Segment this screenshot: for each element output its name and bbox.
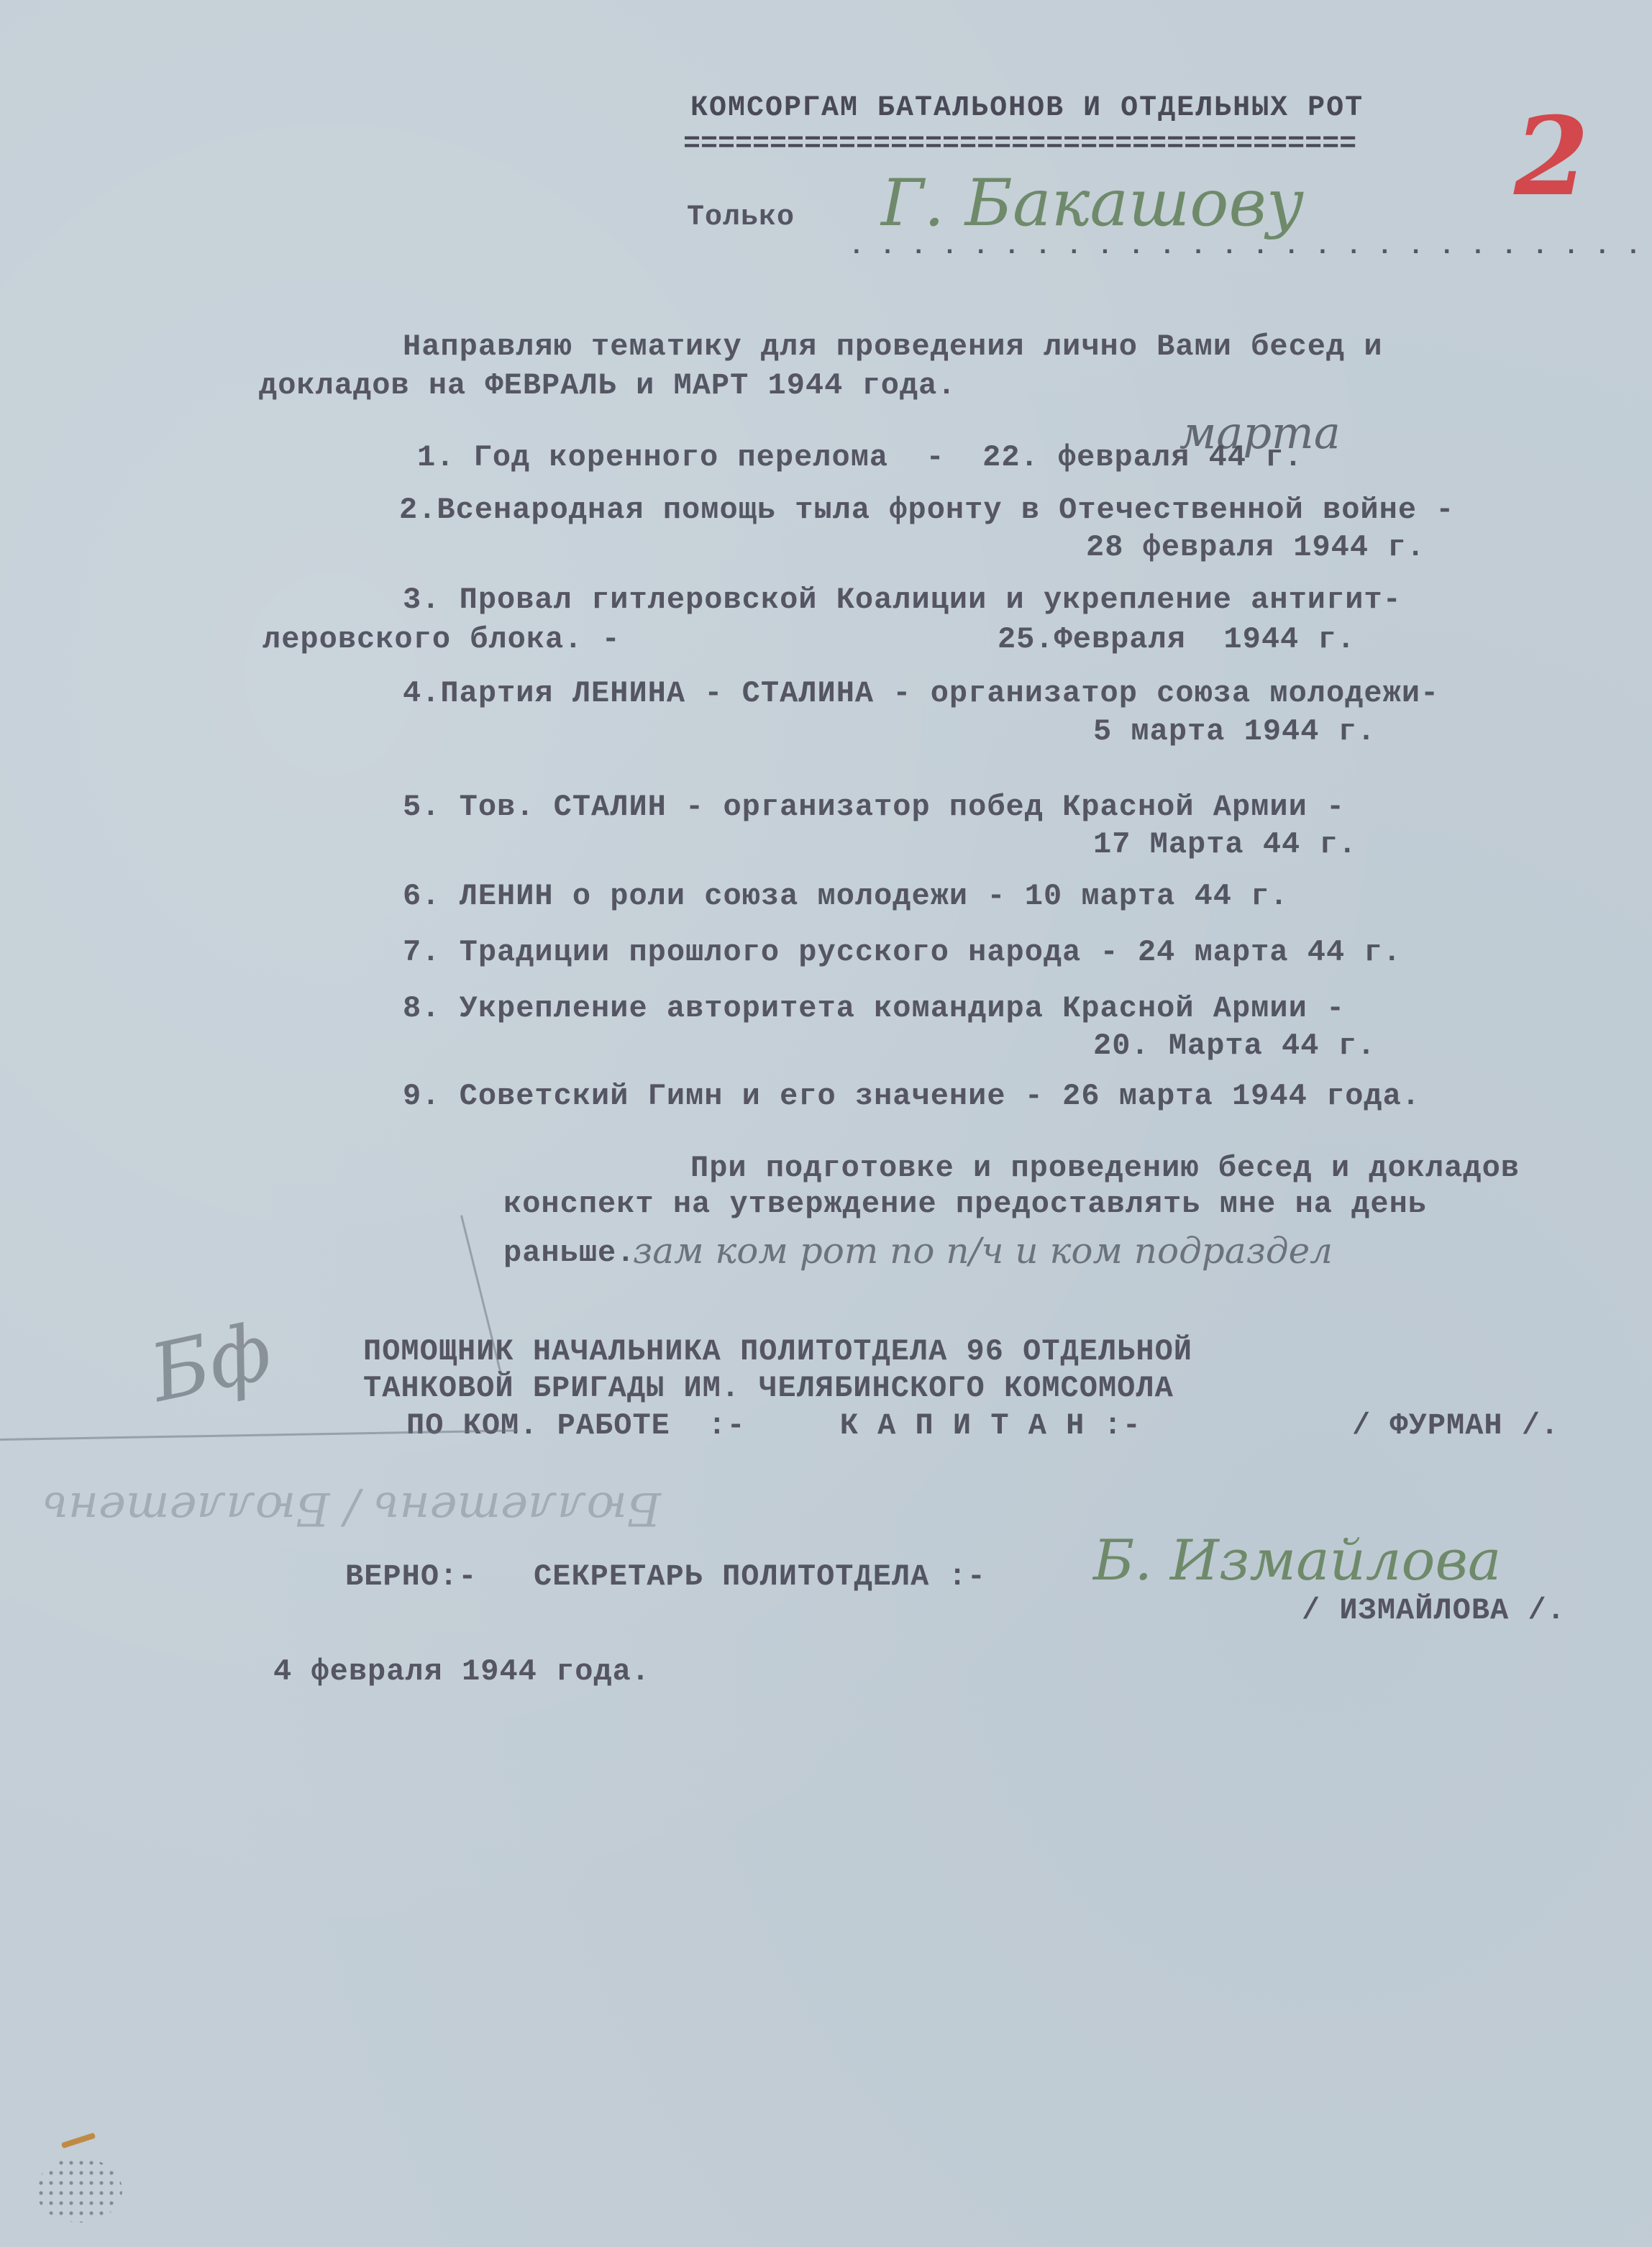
document-date: 4 февраля 1944 года.: [273, 1654, 650, 1689]
signature-line-3: ПО КОМ. РАБОТЕ :- К А П И Т А Н :-: [406, 1408, 1141, 1443]
signature-name: / ФУРМАН /.: [1352, 1408, 1559, 1443]
topic-6: 6. ЛЕНИН о роли союза молодежи - 10 март…: [403, 879, 1289, 913]
addressee-dotted-line: . . . . . . . . . . . . . . . . . . . . …: [849, 232, 1652, 261]
topic-3: 3. Провал гитлеровской Коалиции и укрепл…: [403, 583, 1402, 617]
closing-line-1: При подготовке и проведению бесед и докл…: [690, 1151, 1520, 1185]
closing-handwritten-note: зам ком рот по п/ч и ком подраздел: [633, 1230, 1333, 1272]
signature-line-1: ПОМОЩНИК НАЧАЛЬНИКА ПОЛИТОТДЕЛА 96 ОТДЕЛ…: [363, 1334, 1192, 1369]
signature-line-2: ТАНКОВОЙ БРИГАДЫ ИМ. ЧЕЛЯБИНСКОГО КОМСОМ…: [363, 1371, 1174, 1405]
document-heading: КОМСОРГАМ БАТАЛЬОНОВ И ОТДЕЛЬНЫХ РОТ: [690, 92, 1364, 124]
certification-name: / ИЗМАЙЛОВА /.: [1302, 1593, 1566, 1628]
topic-9: 9. Советский Гимн и его значение - 26 ма…: [403, 1079, 1420, 1113]
topic-5-date: 17 Марта 44 г.: [1093, 827, 1357, 862]
ink-blemish: [36, 2158, 122, 2223]
topic-8: 8. Укрепление авторитета командира Красн…: [403, 991, 1345, 1026]
topic-4: 4.Партия ЛЕНИНА - СТАЛИНА - организатор …: [403, 676, 1439, 711]
topic-1: 1. Год коренного перелома - 22. февраля …: [417, 440, 1303, 475]
topic-1-correction: марта: [1179, 406, 1341, 459]
closing-line-3: раньше.: [503, 1236, 635, 1270]
topic-4-date: 5 марта 1944 г.: [1093, 714, 1376, 749]
certification-handwritten-signature: Б. Измайлова: [1093, 1528, 1501, 1593]
fiber-mark: [61, 2133, 96, 2148]
topic-2: 2.Всенародная помощь тыла фронту в Отече…: [399, 493, 1454, 527]
topic-7: 7. Традиции прошлого русского народа - 2…: [403, 935, 1402, 970]
page-number: 2: [1514, 94, 1589, 220]
intro-line-2: докладов на ФЕВРАЛЬ и МАРТ 1944 года.: [259, 368, 957, 403]
intro-line-1: Направляю тематику для проведения лично …: [403, 329, 1383, 364]
addressee-label: Только: [687, 201, 795, 234]
topic-3-cont: леровского блока. - 25.Февраля 1944 г.: [263, 622, 1356, 657]
certification-label: ВЕРНО:- СЕКРЕТАРЬ ПОЛИТОТДЕЛА :-: [345, 1559, 986, 1594]
addressee-handwritten: Г. Бакашову: [881, 165, 1304, 241]
closing-line-2: конспект на утверждение предоставлять мн…: [503, 1187, 1427, 1221]
heading-underline: =======================================: [683, 128, 1356, 160]
margin-pencil-mark-2: Бюллетень / Бюллетень: [43, 1482, 661, 1535]
topic-5: 5. Тов. СТАЛИН - организатор побед Красн…: [403, 790, 1345, 824]
topic-2-date: 28 февраля 1944 г.: [1086, 530, 1425, 565]
margin-pencil-mark-1: Бф: [143, 1305, 280, 1420]
topic-8-date: 20. Марта 44 г.: [1093, 1029, 1376, 1063]
